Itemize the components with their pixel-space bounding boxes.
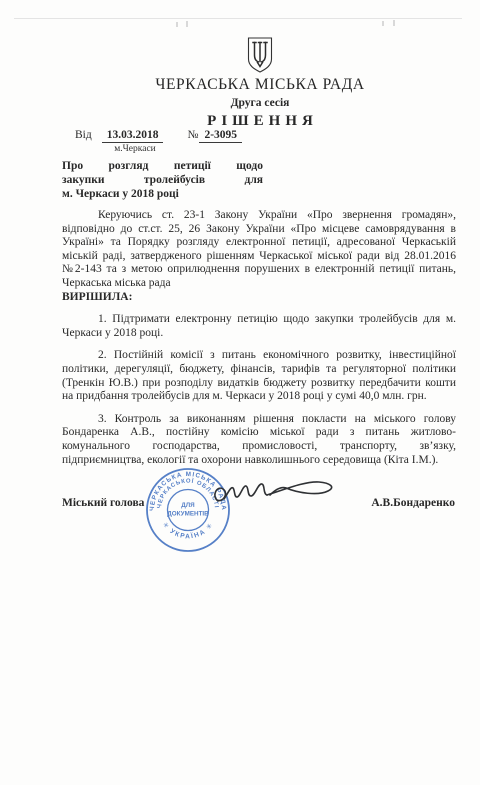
handwritten-signature [206, 473, 344, 521]
number-label: № [187, 129, 198, 141]
document-type-title: РІШЕННЯ [60, 113, 460, 130]
subject-title: Про розгляд петиції щодо закупки тролейб… [62, 159, 263, 201]
date-number-row: Від13.03.2018№2-3095 [75, 129, 242, 141]
subject-title-line: Про розгляд петиції щодо [62, 159, 263, 173]
resolution-item-3: 3. Контроль за виконанням рішення поклас… [62, 413, 456, 467]
resolution-item-2: 2. Постійній комісії з питань економічно… [62, 349, 456, 403]
ukraine-trident-icon [246, 36, 274, 74]
subject-title-line: закупки тролейбусів для [62, 173, 263, 187]
scan-speck [186, 21, 188, 27]
resolution-item-1: 1. Підтримати електронну петицію щодо за… [62, 313, 456, 340]
scan-artifact-line [14, 18, 462, 19]
place-line: м.Черкаси [95, 144, 175, 154]
preamble-paragraph: Керуючись ст. 23-1 Закону України «Про з… [62, 209, 456, 291]
document-page: ЧЕРКАСЬКА МІСЬКА РАДА Друга сесія РІШЕНН… [0, 0, 480, 785]
stamp-center-line1: ДЛЯ [181, 502, 195, 509]
scan-speck [382, 21, 384, 26]
session-line: Друга сесія [60, 97, 460, 109]
scan-speck [176, 22, 178, 27]
subject-title-line: м. Черкаси у 2018 році [62, 187, 263, 201]
number-value: 2-3095 [199, 129, 242, 143]
document-body: Керуючись ст. 23-1 Закону України «Про з… [62, 209, 456, 467]
date-value: 13.03.2018 [102, 129, 164, 143]
signatory-title: Міський голова [62, 497, 144, 509]
organization-name: ЧЕРКАСЬКА МІСЬКА РАДА [60, 76, 460, 94]
scan-speck [393, 20, 395, 26]
document-header: ЧЕРКАСЬКА МІСЬКА РАДА Друга сесія РІШЕНН… [60, 76, 460, 130]
stamp-center-line2: ДОКУМЕНТІВ [167, 511, 209, 518]
signatory-name: А.В.Бондаренко [371, 497, 455, 509]
resolution-word: ВИРІШИЛА: [62, 291, 456, 305]
date-label: Від [75, 129, 92, 141]
